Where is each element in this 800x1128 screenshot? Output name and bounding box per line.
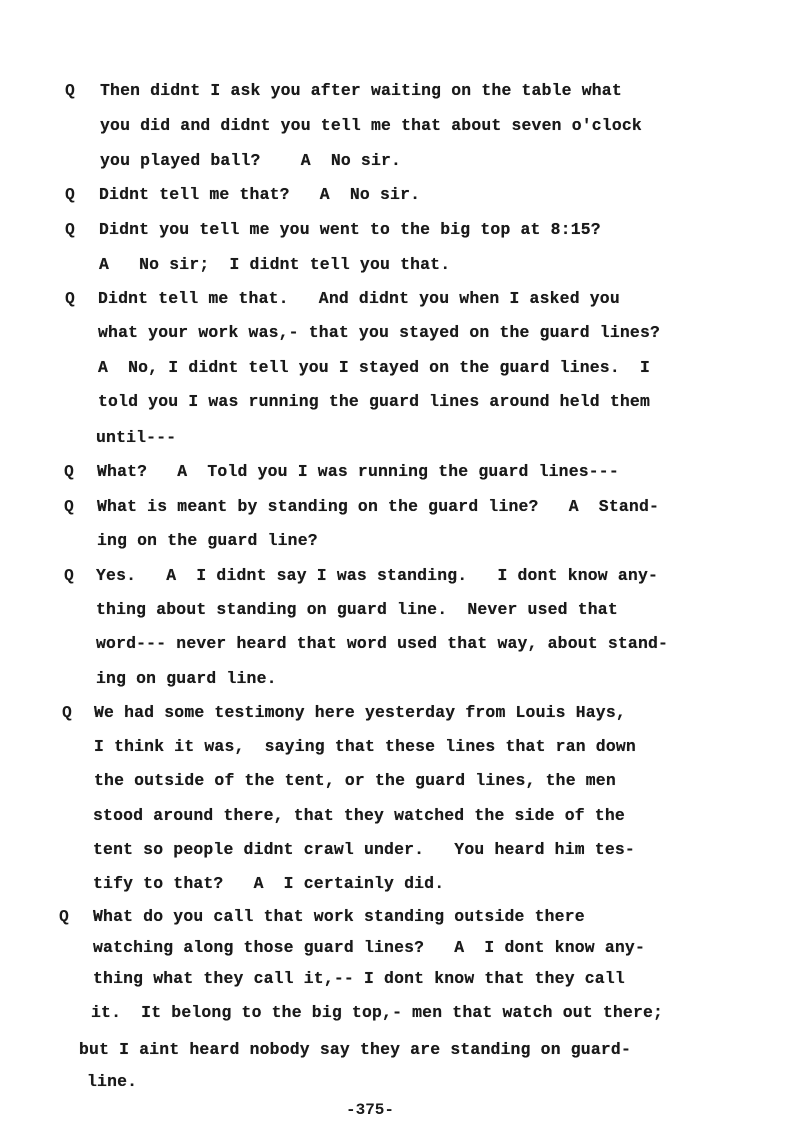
transcript-line: ing on guard line. bbox=[96, 669, 277, 689]
speaker-marker-q: Q bbox=[65, 220, 75, 240]
transcript-line: What? A Told you I was running the guard… bbox=[97, 462, 619, 482]
transcript-line: stood around there, that they watched th… bbox=[93, 806, 625, 826]
transcript-line: Didnt tell me that. And didnt you when I… bbox=[98, 289, 620, 309]
transcript-line: until--- bbox=[96, 428, 176, 448]
transcript-line: watching along those guard lines? A I do… bbox=[93, 938, 645, 958]
transcript-line: ing on the guard line? bbox=[97, 531, 318, 551]
transcript-page: Q Then didnt I ask you after waiting on … bbox=[0, 0, 800, 1128]
transcript-line: thing about standing on guard line. Neve… bbox=[96, 600, 618, 620]
transcript-line: We had some testimony here yesterday fro… bbox=[94, 703, 626, 723]
transcript-line: tent so people didnt crawl under. You he… bbox=[93, 840, 635, 860]
speaker-marker-q: Q bbox=[65, 185, 75, 205]
transcript-line: it. It belong to the big top,- men that … bbox=[91, 1003, 663, 1023]
speaker-marker-q: Q bbox=[64, 566, 74, 586]
transcript-line: you played ball? A No sir. bbox=[100, 151, 401, 171]
transcript-line: A No, I didnt tell you I stayed on the g… bbox=[98, 358, 650, 378]
transcript-line: told you I was running the guard lines a… bbox=[98, 392, 650, 412]
transcript-line: Didnt you tell me you went to the big to… bbox=[99, 220, 601, 240]
speaker-marker-q: Q bbox=[59, 907, 69, 927]
transcript-line: thing what they call it,-- I dont know t… bbox=[93, 969, 625, 989]
speaker-marker-q: Q bbox=[62, 703, 72, 723]
transcript-line: tify to that? A I certainly did. bbox=[93, 874, 444, 894]
transcript-line: Didnt tell me that? A No sir. bbox=[99, 185, 420, 205]
transcript-line: the outside of the tent, or the guard li… bbox=[94, 771, 616, 791]
transcript-line: you did and didnt you tell me that about… bbox=[100, 116, 642, 136]
transcript-line: What is meant by standing on the guard l… bbox=[97, 497, 659, 517]
transcript-line: but I aint heard nobody say they are sta… bbox=[79, 1040, 631, 1060]
speaker-marker-q: Q bbox=[65, 289, 75, 309]
transcript-line: A No sir; I didnt tell you that. bbox=[99, 255, 450, 275]
transcript-line: Yes. A I didnt say I was standing. I don… bbox=[96, 566, 658, 586]
transcript-line: word--- never heard that word used that … bbox=[96, 634, 668, 654]
transcript-line: Then didnt I ask you after waiting on th… bbox=[100, 81, 622, 101]
transcript-line: What do you call that work standing outs… bbox=[93, 907, 585, 927]
transcript-line: line. bbox=[87, 1072, 137, 1092]
speaker-marker-q: Q bbox=[64, 462, 74, 482]
speaker-marker-q: Q bbox=[65, 81, 75, 101]
transcript-line: I think it was, saying that these lines … bbox=[94, 737, 636, 757]
page-number: -375- bbox=[0, 1101, 740, 1119]
speaker-marker-q: Q bbox=[64, 497, 74, 517]
transcript-line: what your work was,- that you stayed on … bbox=[98, 323, 660, 343]
